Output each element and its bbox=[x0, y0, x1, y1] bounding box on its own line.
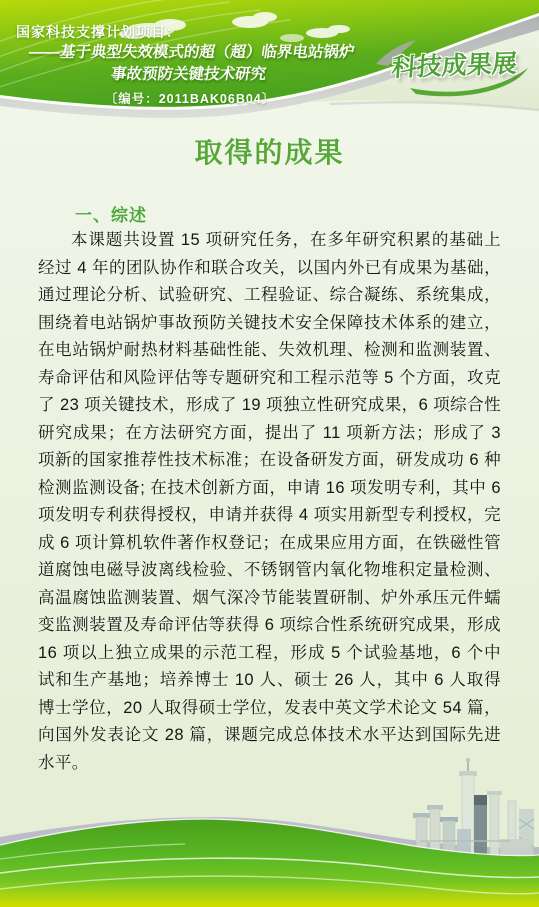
section-title: 取得的成果 bbox=[0, 131, 539, 171]
overview-paragraph: 本课题共设置 15 项研究任务，在多年研究积累的基础上经过 4 年的团队协作和联… bbox=[38, 227, 501, 777]
poster: 国家科技支撑计划项目： ——基于典型失效模式的超（超）临界电站锅炉 事故预防关键… bbox=[0, 0, 539, 907]
footer-illustration bbox=[0, 737, 539, 907]
overview-heading: 一、综述 bbox=[75, 201, 147, 226]
project-title: ——基于典型失效模式的超（超）临界电站锅炉 事故预防关键技术研究 bbox=[11, 42, 369, 86]
power-plant-icon bbox=[413, 758, 534, 857]
project-title-line1: ——基于典型失效模式的超（超）临界电站锅炉 bbox=[14, 42, 369, 64]
expo-logo: 科技成果展 bbox=[391, 44, 519, 84]
program-label: 国家科技支撑计划项目： bbox=[16, 22, 181, 42]
project-code: 〔编号：2011BAK06B04〕 bbox=[14, 89, 366, 107]
project-title-line2: 事故预防关键技术研究 bbox=[11, 64, 366, 86]
